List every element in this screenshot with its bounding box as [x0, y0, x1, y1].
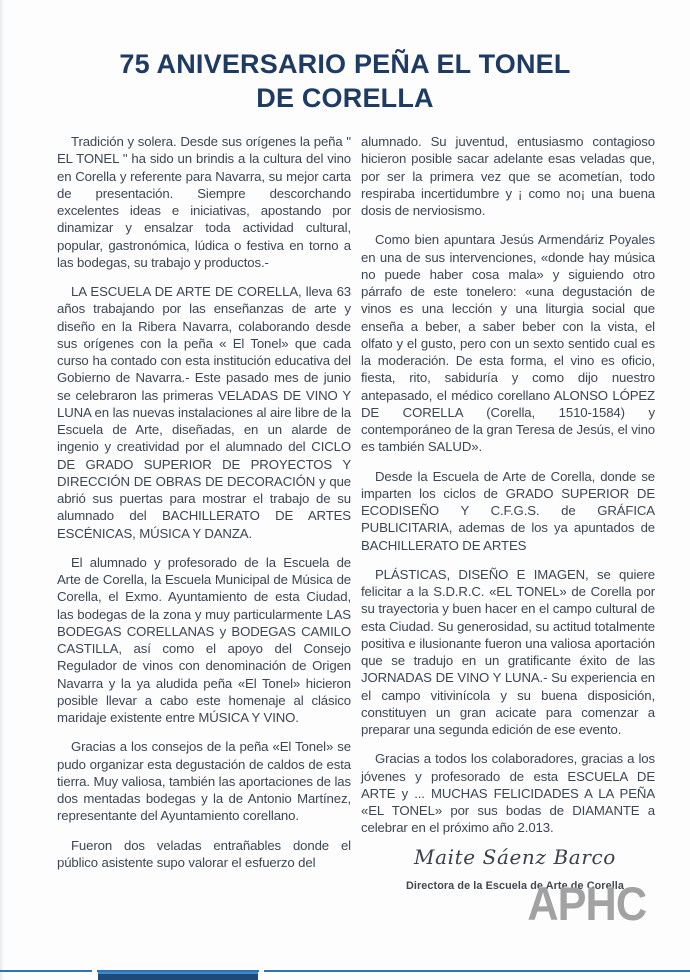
aphc-watermark: APHC: [527, 880, 646, 927]
article-paragraph: Desde la Escuela de Arte de Corella, don…: [361, 468, 655, 554]
article-paragraph: PLÁSTICAS, DISEÑO E IMAGEN, se quiere fe…: [361, 566, 655, 739]
scan-edge-artifact: [0, 0, 4, 980]
article-paragraph: LA ESCUELA DE ARTE DE CORELLA, lleva 63 …: [57, 283, 351, 542]
article-paragraph: Gracias a todos los colaboradores, graci…: [361, 750, 655, 836]
document-page: 75 ANIVERSARIO PEÑA EL TONEL DE CORELLA …: [0, 0, 690, 980]
article-paragraph: Fueron dos veladas entrañables donde el …: [57, 837, 351, 872]
article-paragraph: Tradición y solera. Desde sus orígenes l…: [57, 133, 351, 271]
left-column: Tradición y solera. Desde sus orígenes l…: [57, 133, 351, 907]
footer-bar: [98, 972, 258, 980]
article-paragraph: Gracias a los consejos de la peña «El To…: [57, 738, 351, 824]
article-paragraph: Como bien apuntara Jesús Armendáriz Poya…: [361, 231, 655, 455]
article-body: Tradición y solera. Desde sus orígenes l…: [57, 133, 655, 907]
right-column: alumnado. Su juventud, entusiasmo contag…: [361, 133, 655, 907]
signature-name: Maite Sáenz Barco: [361, 849, 655, 866]
article-paragraph: El alumnado y profesorado de la Escuela …: [57, 554, 351, 727]
footer-notch-right: [259, 968, 264, 980]
footer-notch-left: [92, 968, 97, 980]
page-title: 75 ANIVERSARIO PEÑA EL TONEL DE CORELLA: [0, 0, 690, 115]
page-title-line1: 75 ANIVERSARIO PEÑA EL TONEL: [0, 47, 690, 81]
article-paragraph: alumnado. Su juventud, entusiasmo contag…: [361, 133, 655, 219]
page-title-line2: DE CORELLA: [0, 81, 690, 115]
